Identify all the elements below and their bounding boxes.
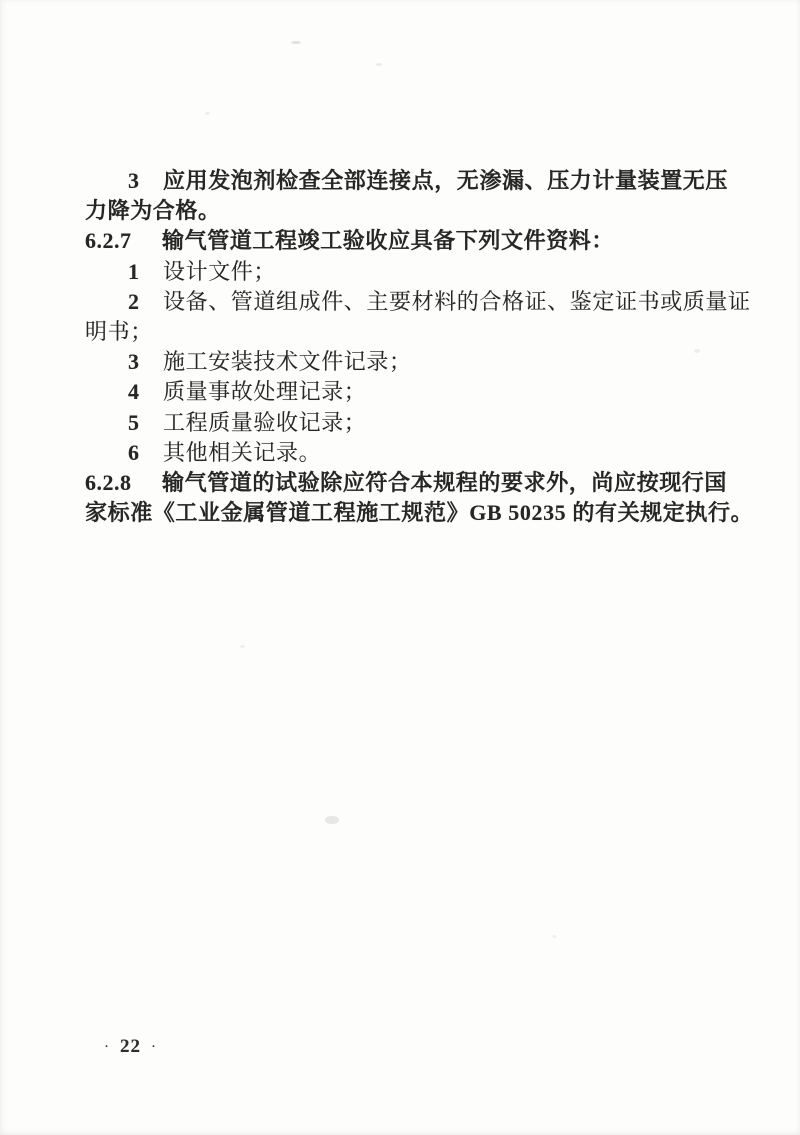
scan-speck — [240, 645, 245, 648]
line-text: 其他相关记录。 — [163, 440, 321, 465]
line-text: 力降为合格。 — [85, 198, 221, 223]
list-item-2-wrap-line: 明书； — [85, 317, 725, 347]
item-number: 4 — [128, 377, 163, 407]
list-item-2: 2设备、管道组成件、主要材料的合格证、鉴定证书或质量证 — [85, 287, 725, 317]
clause-6-2-8-wrap-line: 家标准《工业金属管道工程施工规范》GB 50235 的有关规定执行。 — [85, 498, 725, 528]
list-item-3b: 3施工安装技术文件记录； — [85, 347, 725, 377]
list-item-6: 6其他相关记录。 — [85, 438, 725, 468]
list-item-3-wrap-line: 力降为合格。 — [85, 196, 725, 226]
line-text: 质量事故处理记录； — [163, 379, 366, 404]
scan-speck — [205, 112, 210, 115]
scan-speck — [291, 41, 301, 44]
clause-number: 6.2.8 — [85, 468, 162, 498]
item-number: 3 — [128, 347, 163, 377]
line-text: 输气管道工程竣工验收应具备下列文件资料： — [162, 228, 614, 253]
line-text: 应用发泡剂检查全部连接点，无渗漏、压力计量装置无压 — [163, 168, 728, 193]
line-text: 明书； — [85, 319, 153, 344]
folio-left-dot: · — [104, 1039, 110, 1055]
line-text: 输气管道的试验除应符合本规程的要求外，尚应按现行国 — [162, 470, 727, 495]
clause-number: 6.2.7 — [85, 226, 162, 256]
scanned-document-page: { "document": { "lines": [ { "kind": "it… — [0, 0, 800, 1135]
item-number: 5 — [128, 408, 163, 438]
scan-speck — [376, 63, 382, 66]
line-text: 家标准《工业金属管道工程施工规范》GB 50235 的有关规定执行。 — [85, 500, 753, 525]
folio-right-dot: · — [151, 1039, 157, 1055]
page-number-folio: ·22· — [104, 1036, 157, 1058]
line-text: 工程质量验收记录； — [163, 410, 366, 435]
item-number: 2 — [128, 287, 163, 317]
list-item-1: 1设计文件； — [85, 257, 725, 287]
line-text: 施工安装技术文件记录； — [163, 349, 412, 374]
scan-speck — [552, 935, 557, 938]
line-text: 设计文件； — [163, 259, 276, 284]
list-item-3-continued: 3应用发泡剂检查全部连接点，无渗漏、压力计量装置无压 — [85, 166, 725, 196]
clause-6-2-7: 6.2.7输气管道工程竣工验收应具备下列文件资料： — [85, 226, 725, 256]
line-text: 设备、管道组成件、主要材料的合格证、鉴定证书或质量证 — [163, 289, 751, 314]
item-number: 1 — [128, 257, 163, 287]
list-item-5: 5工程质量验收记录； — [85, 408, 725, 438]
document-text-block: 3应用发泡剂检查全部连接点，无渗漏、压力计量装置无压 力降为合格。 6.2.7输… — [85, 166, 725, 528]
scan-speck — [325, 816, 339, 824]
page-number: 22 — [120, 1036, 141, 1057]
item-number: 6 — [128, 438, 163, 468]
item-number: 3 — [128, 166, 163, 196]
clause-6-2-8: 6.2.8输气管道的试验除应符合本规程的要求外，尚应按现行国 — [85, 468, 725, 498]
list-item-4: 4质量事故处理记录； — [85, 377, 725, 407]
